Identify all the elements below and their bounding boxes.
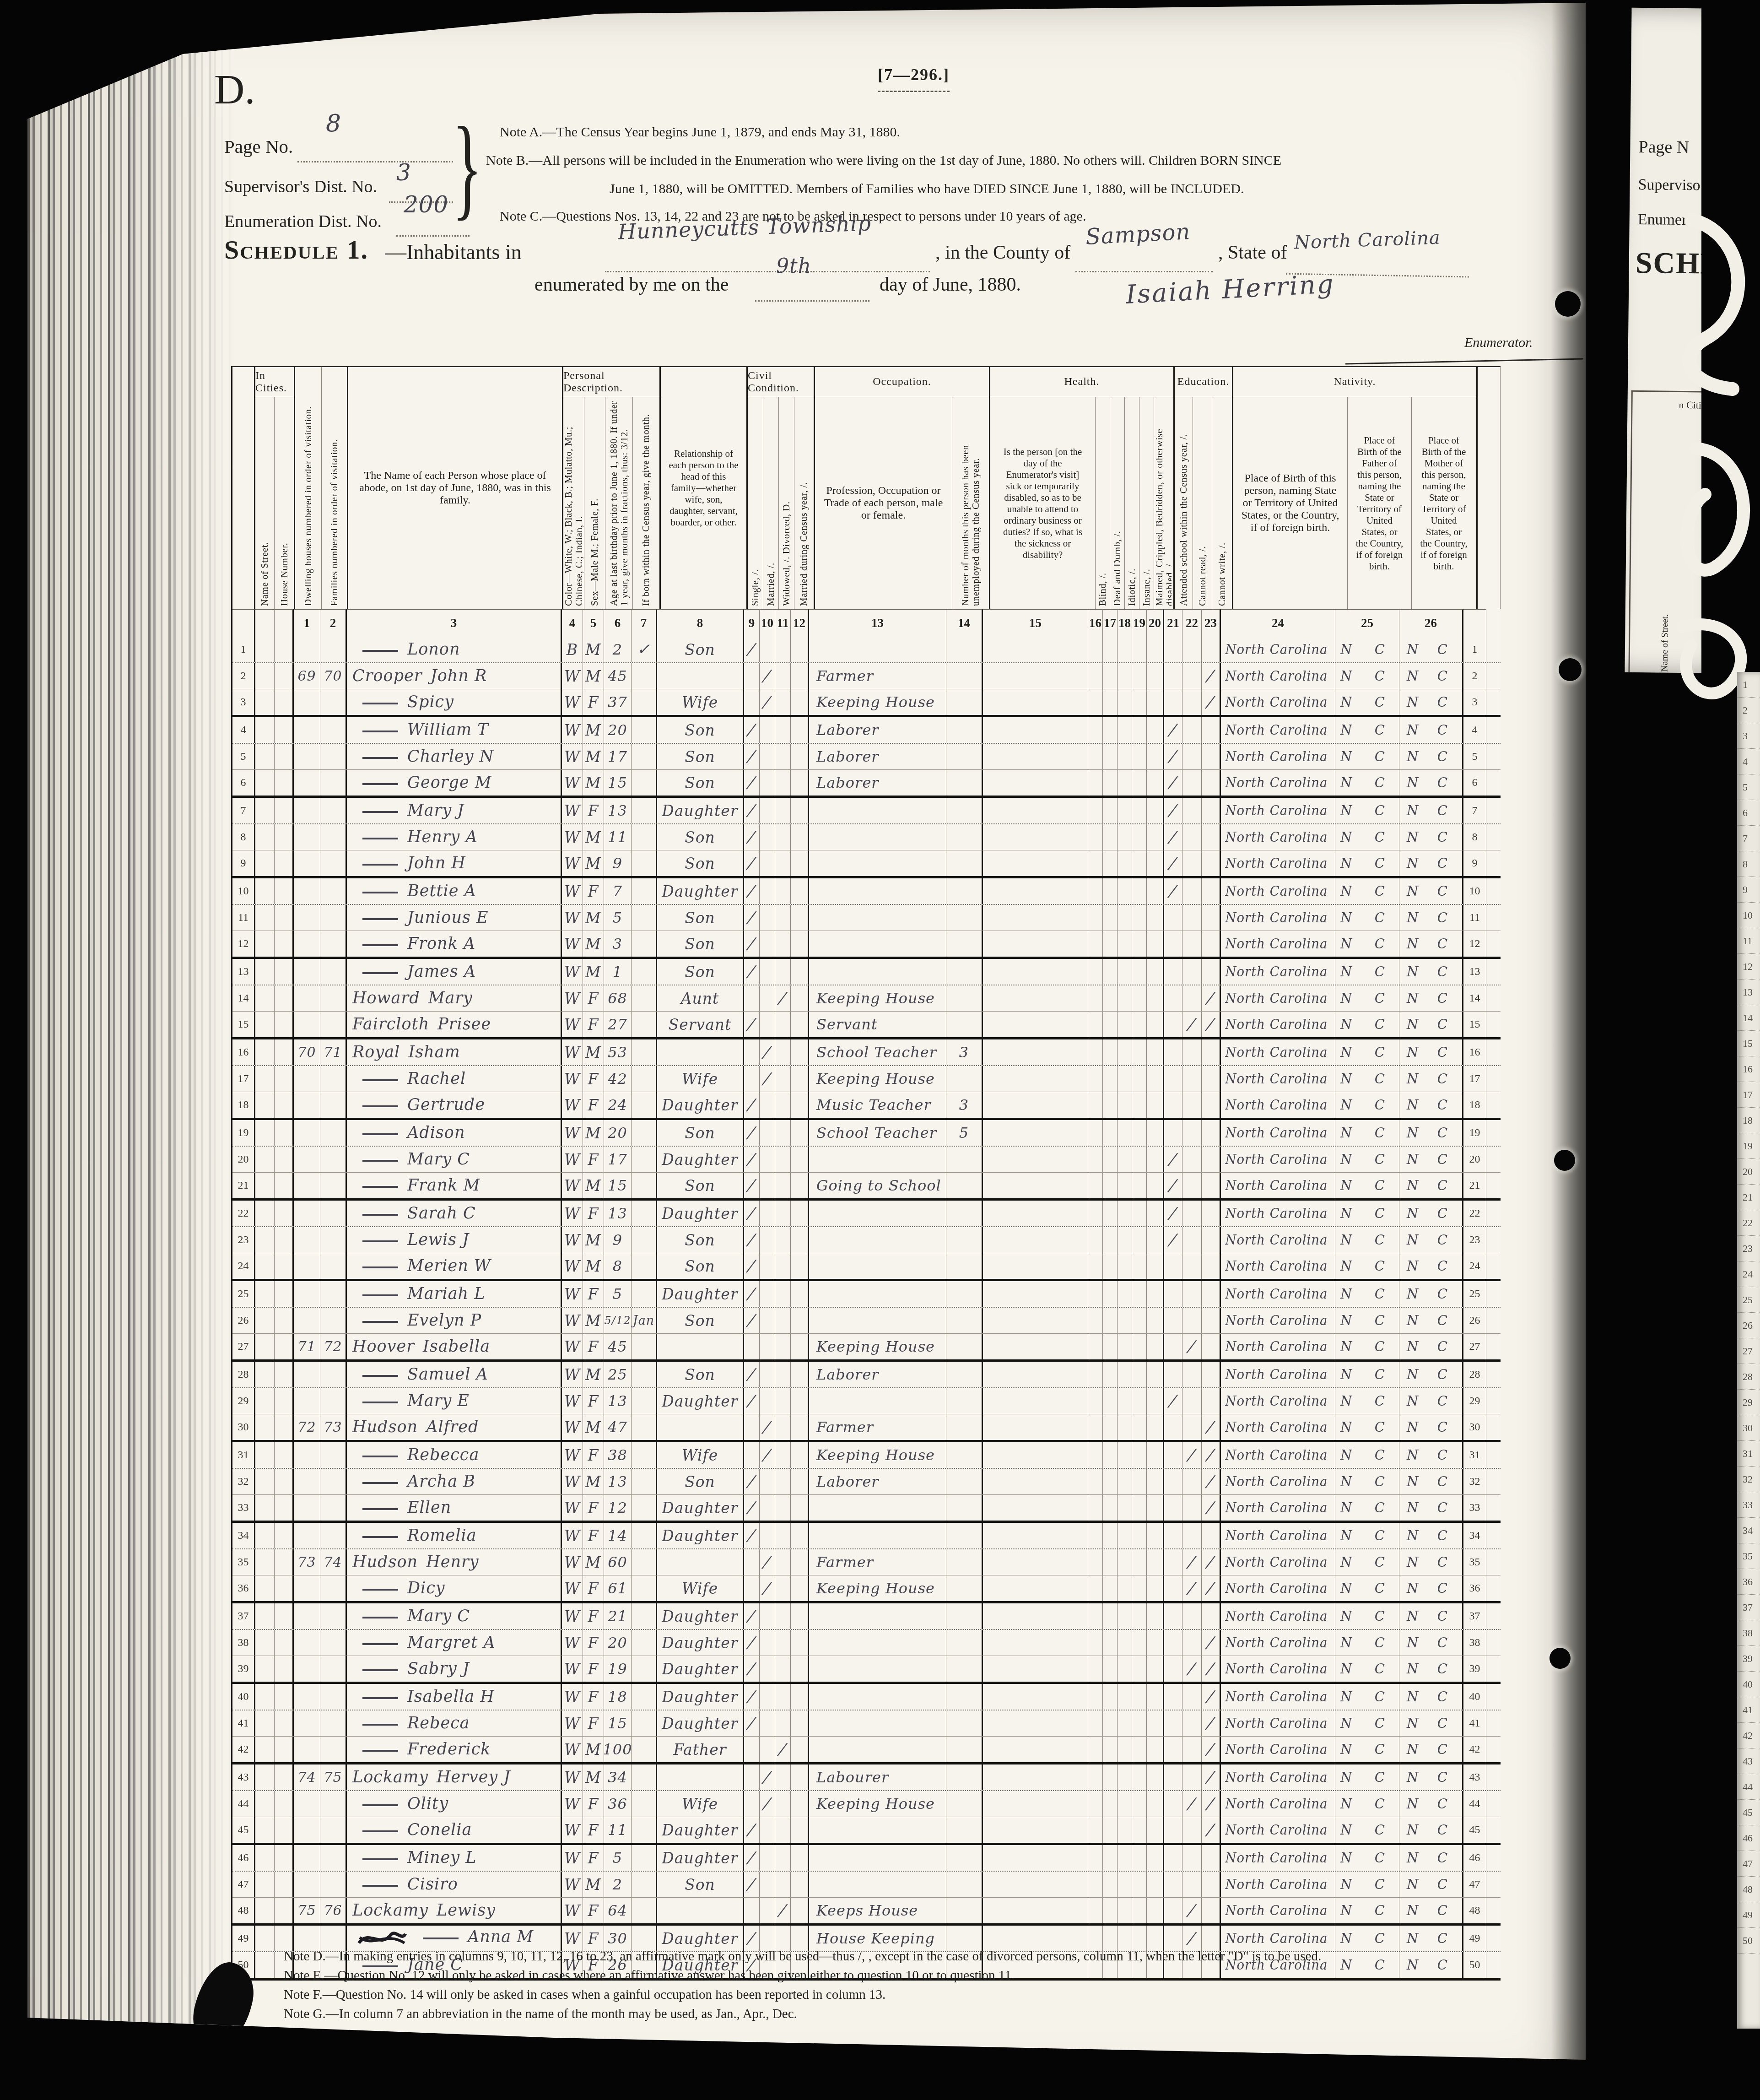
cell-pob: North Carolina [1221,1414,1335,1440]
handwritten-entry: 8 [613,1257,622,1275]
cell-insane [1132,1549,1147,1575]
handwritten-entry: N C [1340,642,1394,657]
cell-occ: Laborer [809,744,946,769]
cell-dw [294,959,320,985]
handwritten-entry: M [585,1044,601,1061]
cell-occ: Keeping House [809,1575,946,1601]
handwritten-entry: Mary C [407,1607,470,1625]
handwritten-entry: North Carolina [1221,668,1328,684]
person-name: Hudson Alfred [347,1418,479,1436]
cell-deaf [1103,717,1118,743]
cell-insane [1132,1092,1147,1118]
fragment-row-number: 48 [1737,1877,1760,1902]
cell-school [1164,1845,1182,1871]
ditto-dash [362,650,398,652]
cell-blind [1088,1656,1103,1682]
cell-mdy [791,850,809,876]
cell-pob: North Carolina [1221,1523,1335,1548]
cell-cread [1182,1523,1202,1548]
cell-single: / [744,1362,760,1387]
cell-cread [1182,905,1202,931]
handwritten-entry: / [746,1499,756,1517]
cell-month [632,1630,657,1656]
cell-mdy [791,1737,809,1762]
cell-insane [1132,1334,1147,1359]
handwritten-entry: / [762,1553,772,1571]
table-row: 38Margret AWF20Daughter//North CarolinaN… [232,1630,1501,1656]
cell-month [632,1603,657,1629]
ditto-dash [362,1133,398,1135]
cell-widowed [775,1575,791,1601]
cell-single: / [744,1092,760,1118]
cell-fam [320,1253,347,1279]
ditto-dash [362,1830,398,1832]
cell-maimed [1147,798,1164,823]
handwritten-entry: W [564,1715,580,1732]
cell-pf: N C [1335,1764,1399,1790]
column-caption: Relationship of each person to the head … [661,367,746,609]
column-number-17: 17 [1103,609,1118,637]
column-caption: Is the person [on the day of the Enumera… [990,397,1095,609]
column-header-house: House Number. [275,397,294,609]
cell-idiotic [1118,959,1132,985]
cell-pf: N C [1335,1469,1399,1494]
handwritten-entry: M [585,1124,601,1142]
cell-cread [1182,1388,1202,1414]
handwritten-entry: / [1187,1553,1197,1571]
handwritten-entry: N C [1407,1635,1455,1651]
handwritten-entry: N C [1340,1716,1394,1731]
cell-dw [294,637,320,662]
cell-rel: Daughter [657,878,744,904]
cell-dw: 72 [294,1414,320,1440]
cell-single: / [744,1147,760,1172]
ditto-dash [362,1589,398,1591]
cell-age: 8 [604,1253,632,1279]
cell-pob: North Carolina [1221,878,1335,904]
cell-unemp [946,1737,983,1762]
handwritten-entry: Keeping House [809,990,935,1007]
cell-month [632,1872,657,1897]
cell-insane [1132,1684,1147,1710]
cell-age: 12 [604,1495,632,1521]
cell-pm: N C [1399,878,1463,904]
cell-rn_l: 19 [232,1120,255,1146]
cell-maimed [1147,1845,1164,1871]
handwritten-entry: Adison [407,1124,465,1142]
cell-cread [1182,931,1202,957]
cell-single [744,1334,760,1359]
handwritten-entry: M [585,641,601,659]
cell-insane [1132,1308,1147,1333]
cell-insane [1132,985,1147,1011]
cell-widowed [775,1791,791,1817]
cell-idiotic [1118,770,1132,796]
handwritten-entry: N C [1407,1152,1455,1167]
row-number: 26 [1463,1315,1486,1327]
cell-maimed [1147,959,1164,985]
handwritten-entry: W [564,1338,580,1356]
cell-age: 20 [604,717,632,743]
cell-street [255,1012,275,1037]
cell-deaf [1103,1898,1118,1923]
handwritten-entry: 73 [324,1419,342,1435]
cell-cwrite [1202,1362,1221,1387]
column-header-maimed: Maimed, Crippled, Bedridden, or otherwis… [1154,397,1172,609]
cell-maimed [1147,1817,1164,1843]
handwritten-entry: Crooper [347,667,428,685]
cell-unemp [946,1281,983,1307]
handwritten-entry: 45 [608,667,627,685]
cell-rn_r: 9 [1463,850,1486,876]
handwritten-entry: Isabella [420,1337,490,1356]
cell-pm: N C [1399,1952,1463,1978]
table-row: 21Frank MWM15Son/Going to School/North C… [232,1173,1501,1201]
cell-maimed [1147,1630,1164,1656]
cell-blind [1088,878,1103,904]
cell-occ [809,1656,946,1682]
handwritten-entry: Daughter [662,802,738,820]
cell-sick [983,850,1088,876]
cell-pf: N C [1335,1442,1399,1468]
handwritten-entry: W [564,1124,580,1142]
cell-single: / [744,1630,760,1656]
cell-house [275,770,294,796]
handwritten-entry: Keeping House [809,1446,935,1464]
handwritten-entry: Daughter [662,1715,738,1732]
fragment-row-number: 38 [1737,1620,1760,1646]
person-name: Junious E [347,909,489,927]
cell-insane [1132,1898,1147,1923]
cell-rel: Daughter [657,1201,744,1226]
handwritten-entry: North Carolina [1221,1716,1328,1731]
handwritten-entry: Rachel [407,1070,466,1088]
cell-age: 60 [604,1549,632,1575]
cell-mdy [791,1120,809,1146]
column-number-21: 21 [1164,609,1182,637]
cell-rel: Daughter [657,1147,744,1172]
handwritten-entry: N C [1340,1447,1394,1463]
cell-age: 17 [604,744,632,769]
handwritten-entry: Daughter [662,1660,738,1678]
note-b-line1: Note B.—All persons will be included in … [486,153,1281,168]
cell-married [760,1334,775,1359]
cell-street [255,1469,275,1494]
cell-blind [1088,1227,1103,1253]
cell-month [632,1120,657,1146]
cell-sex: F [583,1926,604,1951]
person-name: Frederick [347,1740,491,1759]
header-group-label: Personal Description. [563,367,659,397]
punch-hole [1559,658,1582,681]
handwritten-entry: Evelyn P [407,1311,481,1330]
cell-idiotic [1118,1120,1132,1146]
cell-school [1164,1334,1182,1359]
cell-pob: North Carolina [1221,1120,1335,1146]
header-group: Personal Description.Color—White, W.; Bl… [563,367,661,609]
cell-rel [657,1039,744,1065]
cell-age: 21 [604,1603,632,1629]
cell-fam [320,985,347,1011]
row-number: 38 [1463,1637,1486,1649]
cell-idiotic [1118,637,1132,662]
cell-fam [320,850,347,876]
cell-street [255,798,275,823]
cell-single: / [744,878,760,904]
cell-rn_l: 7 [232,798,255,823]
cell-idiotic [1118,1898,1132,1923]
cell-house [275,1442,294,1468]
handwritten-entry: / [1187,1901,1197,1920]
cell-dw [294,1066,320,1092]
column-number-4: 4 [562,609,583,637]
handwritten-entry: Ellen [407,1499,451,1517]
cell-insane [1132,1173,1147,1198]
handwritten-entry: / [1168,1392,1178,1410]
cell-pm: N C [1399,689,1463,715]
handwritten-entry: / [762,1795,772,1813]
row-number: 28 [232,1369,254,1381]
cell-cread [1182,1362,1202,1387]
cell-blind [1088,1120,1103,1146]
cell-single: / [744,1308,760,1333]
ditto-dash [362,1105,398,1107]
cell-house [275,1308,294,1333]
handwritten-entry: Mary C [407,1150,470,1169]
cell-school [1164,1495,1182,1521]
cell-school: / [1164,1227,1182,1253]
handwritten-entry: / [1205,1795,1215,1813]
cell-name: Cisiro [347,1872,562,1897]
cell-rel: Son [657,1872,744,1897]
column-header-color: Color—White, W.; Black, B.; Mulatto, Mu.… [563,397,584,609]
cell-insane [1132,1495,1147,1521]
ditto-dash [362,864,398,866]
handwritten-entry: W [564,882,580,900]
cell-rn_r: 46 [1463,1845,1486,1871]
fragment-row-number: 3 [1737,723,1760,749]
cell-pf: N C [1335,905,1399,931]
cell-street [255,717,275,743]
cell-fam: 73 [320,1414,347,1440]
cell-month [632,689,657,715]
row-number: 43 [1463,1771,1486,1784]
cell-sex: M [583,1253,604,1279]
cell-school [1164,1575,1182,1601]
handwritten-entry: / [762,1579,772,1597]
cell-deaf [1103,1012,1118,1037]
ditto-dash [362,1508,398,1510]
cell-widowed [775,1549,791,1575]
cell-mdy [791,931,809,957]
handwritten-entry: M [585,909,601,927]
table-row: 3SpicyWF37Wife/Keeping House/North Carol… [232,689,1501,717]
handwritten-entry: 70 [324,668,342,684]
row-number: 48 [1463,1905,1486,1917]
cell-occ [809,1523,946,1548]
cell-sick [983,1281,1088,1307]
table-row: 32Archa BWM13Son/Laborer/North CarolinaN… [232,1469,1501,1495]
handwritten-entry: N C [1407,1393,1455,1409]
cell-sex: F [583,1898,604,1923]
cell-cread [1182,770,1202,796]
handwritten-entry: North Carolina [1221,964,1328,980]
cell-rel: Son [657,1362,744,1387]
cell-fam [320,1656,347,1682]
cell-dw [294,1362,320,1387]
person-name: Merien W [347,1257,491,1275]
cell-sick [983,1656,1088,1682]
handwritten-entry: W [564,1930,580,1948]
handwritten-entry: N C [1407,1339,1455,1354]
fragment-row-number: 9 [1737,877,1760,903]
handwritten-entry: / [746,1311,756,1330]
cell-maimed [1147,1120,1164,1146]
ditto-dash [362,1294,398,1296]
handwritten-entry: Lewisy [434,1901,496,1920]
cell-rn_l: 28 [232,1362,255,1387]
cell-color: W [562,770,583,796]
header-group: Education.Attended school within the Cen… [1175,367,1233,609]
cell-street [255,1656,275,1682]
person-name: Lonon [347,640,460,659]
cell-married [760,1845,775,1871]
handwritten-entry: N C [1340,668,1394,684]
cell-maimed [1147,905,1164,931]
cell-month [632,1066,657,1092]
cell-rn_r: 50 [1463,1952,1486,1978]
handwritten-entry: M [585,1231,601,1249]
cell-month [632,1926,657,1951]
column-header-single: Single, /. [748,397,763,609]
fragment-row-number: 11 [1737,928,1760,954]
handwritten-entry: Keeps House [809,1902,918,1919]
cell-widowed [775,1817,791,1843]
person-name: Mary J [347,801,464,820]
cell-maimed [1147,1066,1164,1092]
cell-age: 64 [604,1898,632,1923]
cell-fam [320,1147,347,1172]
fragment-row-number: 13 [1737,980,1760,1005]
handwritten-entry: Henry [423,1553,479,1571]
cell-married [760,1603,775,1629]
cell-month [632,744,657,769]
cell-married [760,798,775,823]
cell-street [255,878,275,904]
cell-rn_l: 26 [232,1308,255,1333]
cell-rel: Son [657,824,744,850]
cell-cwrite [1202,1845,1221,1871]
cell-cread: / [1182,1334,1202,1359]
cell-sick [983,905,1088,931]
row-number: 10 [232,885,254,898]
cell-maimed [1147,824,1164,850]
person-name: Mary C [347,1150,470,1169]
cell-married: / [760,1039,775,1065]
cell-maimed [1147,1603,1164,1629]
cell-cread [1182,1281,1202,1307]
handwritten-entry: / [746,1392,756,1410]
row-number: 46 [232,1852,254,1864]
cell-street [255,1388,275,1414]
cell-insane [1132,1926,1147,1951]
column-header-dw: Dwelling houses numbered in order of vis… [295,367,322,609]
cell-rn_l: 27 [232,1334,255,1359]
cell-rel: Daughter [657,1656,744,1682]
cell-widowed [775,1253,791,1279]
cell-pf: N C [1335,1012,1399,1037]
column-number-7: 7 [632,609,657,637]
cell-sex: M [583,1227,604,1253]
cell-single [744,1414,760,1440]
cell-occ [809,878,946,904]
cell-street [255,985,275,1011]
cell-rn_l: 17 [232,1066,255,1092]
cell-name: Mary E [347,1388,562,1414]
township-line [605,271,930,272]
cell-color: W [562,985,583,1011]
table-row: 8Henry AWM11Son//North CarolinaN CN C8 [232,824,1501,850]
person-name: Gertrude [347,1096,485,1114]
cell-pob: North Carolina [1221,1334,1335,1359]
cell-cread [1182,1227,1202,1253]
cell-pm: N C [1399,1092,1463,1118]
handwritten-entry: F [588,1392,599,1410]
cell-sick [983,1388,1088,1414]
handwritten-entry: Sarah C [407,1204,476,1223]
handwritten-entry: W [564,1285,580,1303]
row-number: 38 [232,1637,254,1649]
cell-house [275,1523,294,1548]
cell-house [275,1656,294,1682]
handwritten-entry: 71 [297,1339,316,1355]
cell-idiotic [1118,824,1132,850]
cell-sick [983,744,1088,769]
cell-sex: M [583,717,604,743]
cell-street [255,1898,275,1923]
ditto-dash [362,1186,398,1188]
cell-single: / [744,1012,760,1037]
cell-maimed [1147,1414,1164,1440]
handwritten-entry: N C [1340,1152,1394,1167]
handwritten-entry: W [564,1070,580,1088]
cell-rn_l: 24 [232,1253,255,1279]
cell-sex: F [583,1710,604,1736]
cell-fam [320,1926,347,1951]
handwritten-entry: / [762,693,772,711]
cell-married [760,1684,775,1710]
handwritten-entry: W [564,1312,580,1330]
handwritten-entry: W [564,1473,580,1491]
cell-married [760,1281,775,1307]
cell-school: / [1164,1201,1182,1226]
cell-unemp [946,798,983,823]
cell-cwrite [1202,878,1221,904]
cell-fam [320,1630,347,1656]
cell-pob: North Carolina [1221,1630,1335,1656]
cell-single: / [744,1523,760,1548]
handwritten-entry: 45 [608,1338,627,1355]
column-number-14: 14 [946,609,983,637]
cell-deaf [1103,1926,1118,1951]
row-number: 14 [232,992,254,1005]
row-number: 12 [1463,938,1486,950]
row-number: 18 [232,1099,254,1111]
supervisor-value: 3 [396,159,411,186]
handwritten-entry: Hudson [347,1418,423,1436]
cell-rn_l: 9 [232,850,255,876]
cell-rn_r: 26 [1463,1308,1486,1333]
